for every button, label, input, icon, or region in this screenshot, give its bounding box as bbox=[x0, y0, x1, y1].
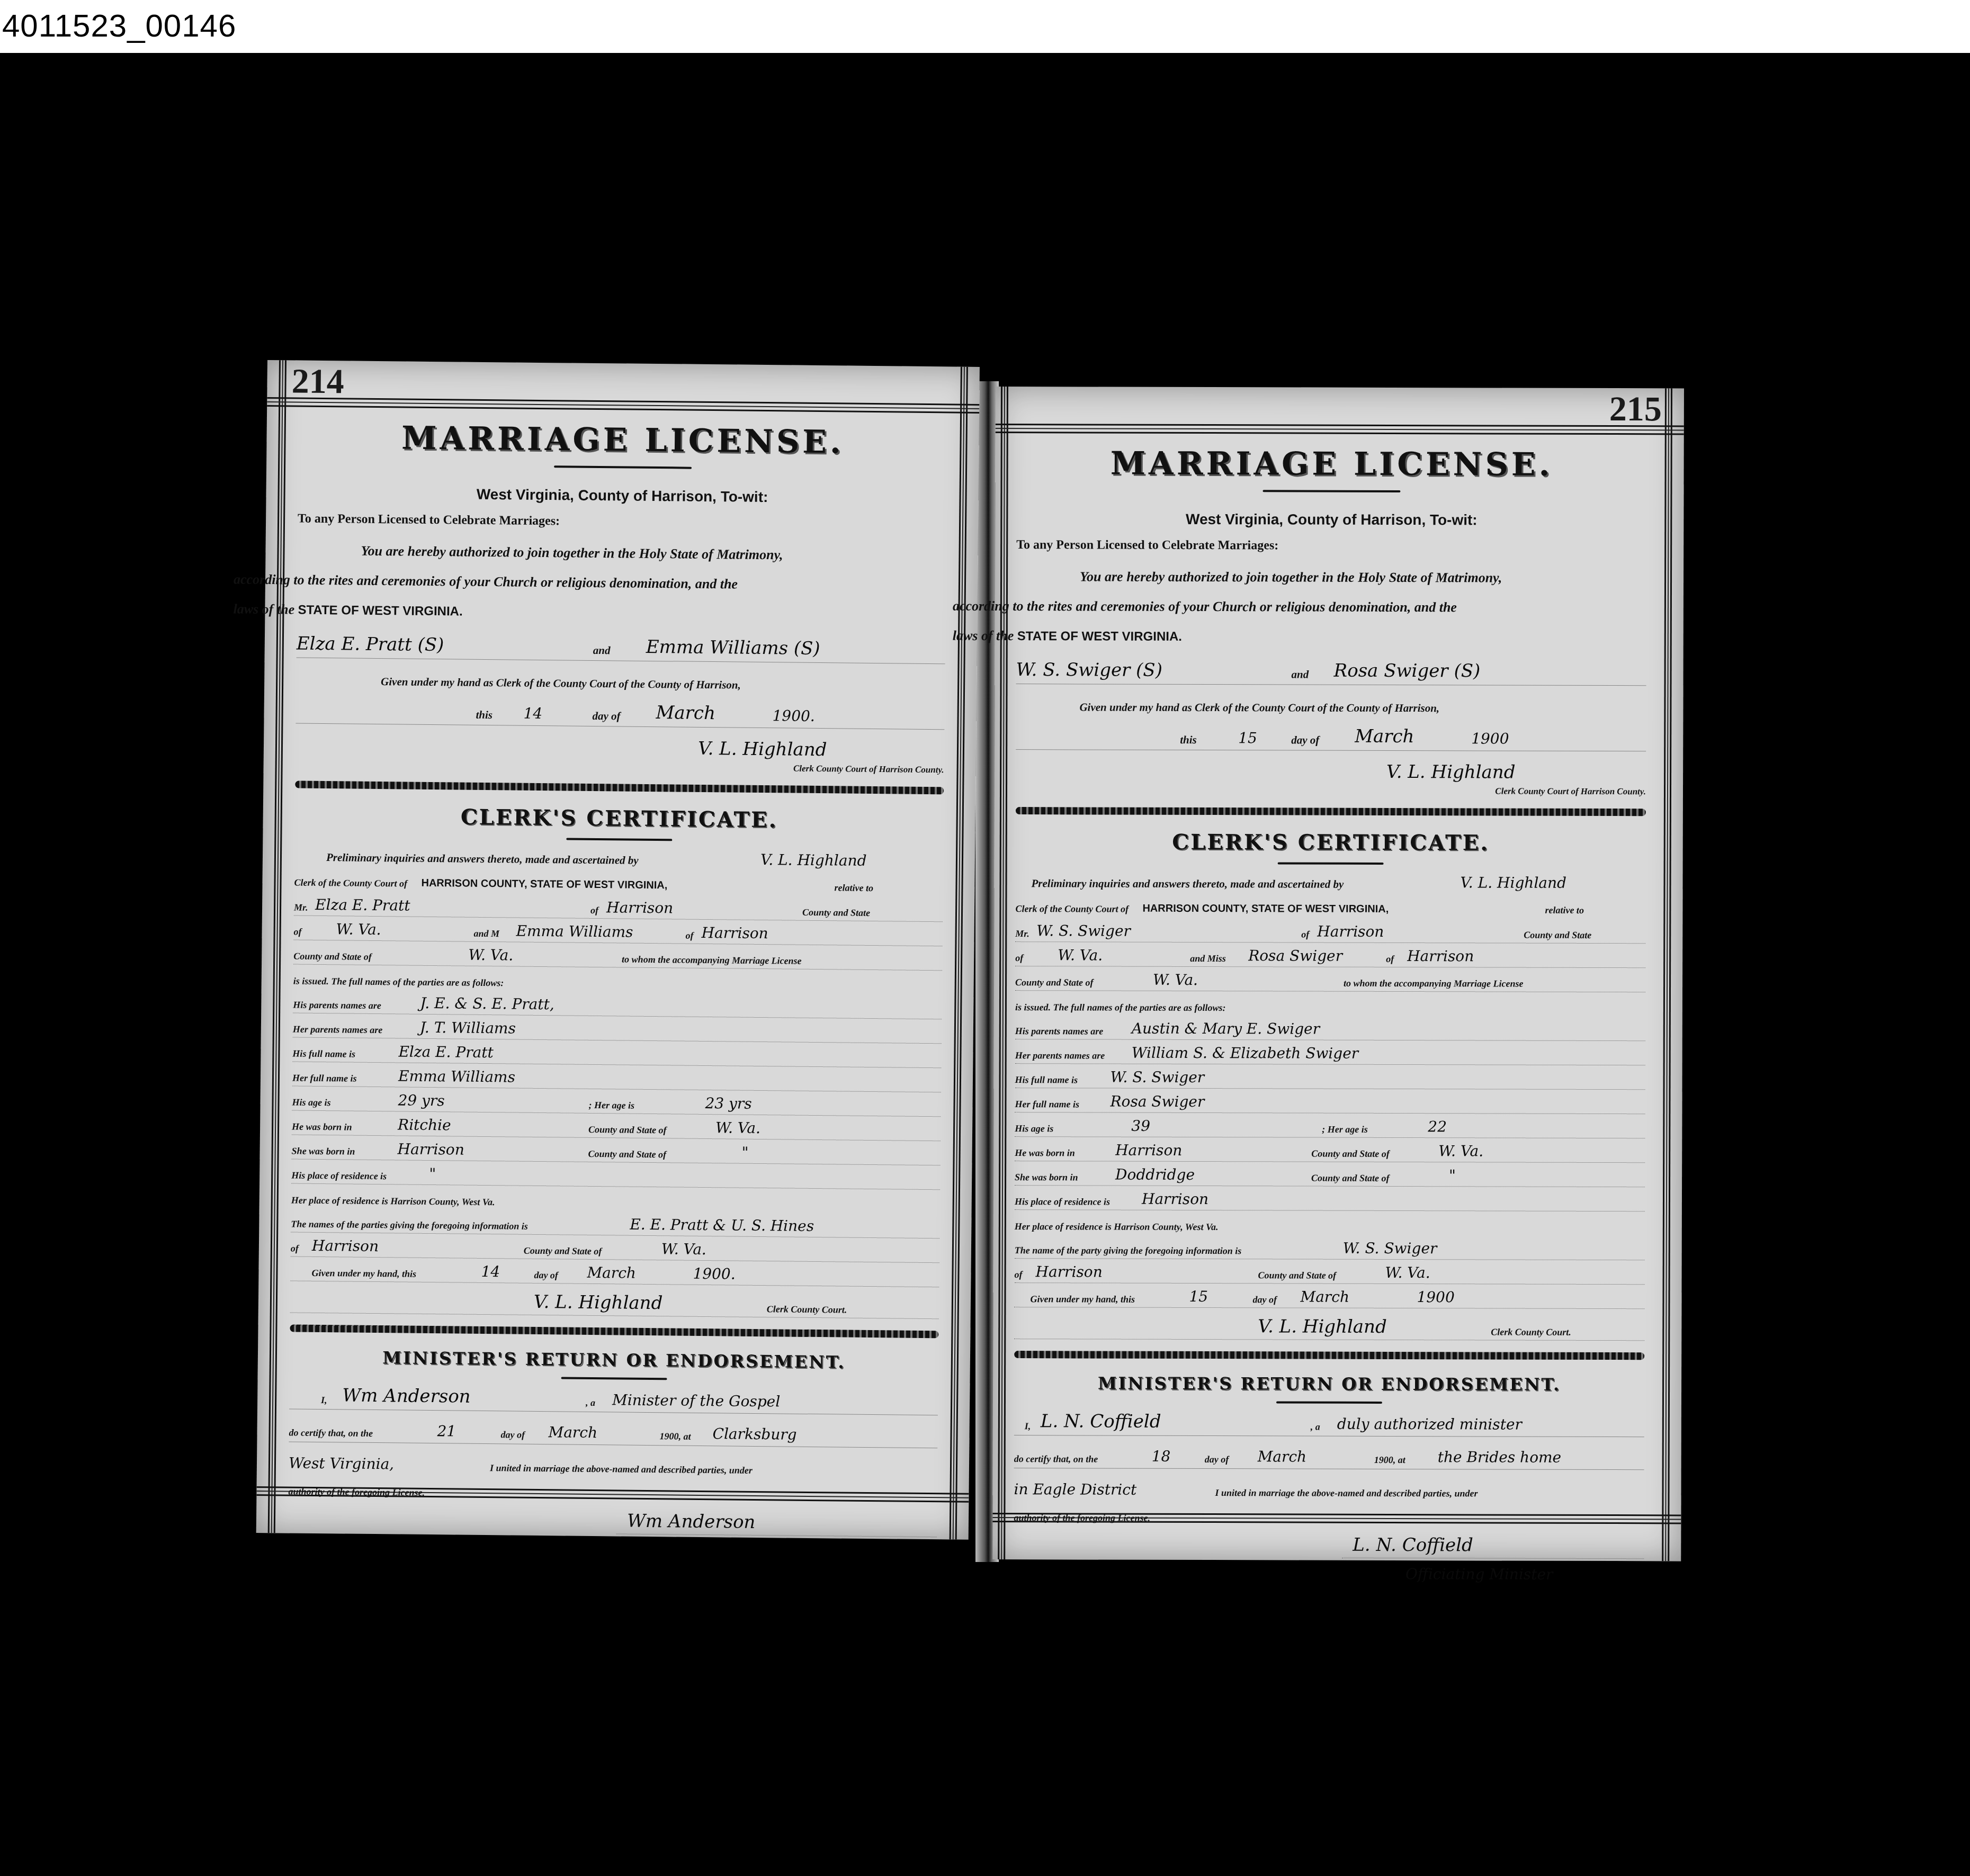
page-number: 214 bbox=[291, 361, 344, 402]
his-parents: J. E. & S. E. Pratt, bbox=[420, 994, 554, 1013]
marriage-month: March bbox=[548, 1423, 597, 1441]
license-date-line: this 15 day of March 1900 bbox=[1016, 720, 1646, 751]
cert-groom-county: Harrison bbox=[1317, 923, 1384, 940]
ornament-divider bbox=[1276, 1401, 1382, 1404]
license-year: 1900 bbox=[1471, 730, 1509, 747]
groom-name: Elza E. Pratt (S) bbox=[297, 633, 444, 656]
minister-title: MINISTER'S RETURN OR ENDORSEMENT. bbox=[290, 1347, 938, 1373]
cert-groom-county: Harrison bbox=[606, 899, 673, 917]
groom-name: W. S. Swiger (S) bbox=[1016, 659, 1162, 681]
informant: E. E. Pratt & U. S. Hines bbox=[630, 1216, 814, 1235]
license-month: March bbox=[656, 702, 715, 724]
license-year: 1900. bbox=[772, 707, 814, 725]
she-born: Doddridge bbox=[1115, 1166, 1195, 1183]
minister-signature: L. N. Coffield bbox=[1353, 1534, 1473, 1556]
page-right: 215 MARRIAGE LICENSE. West Virginia, Cou… bbox=[992, 387, 1684, 1561]
jurisdiction: West Virginia, County of Harrison, To-wi… bbox=[1016, 510, 1646, 529]
cert-groom: W. S. Swiger bbox=[1036, 922, 1131, 939]
bride-name: Rosa Swiger (S) bbox=[1334, 660, 1481, 682]
page-left: 214 MARRIAGE LICENSE. West Virginia, Cou… bbox=[256, 360, 980, 1540]
cert-bride: Emma Williams bbox=[516, 922, 633, 941]
ornament-divider bbox=[561, 1377, 667, 1380]
minister-role: duly authorized minister bbox=[1337, 1415, 1522, 1433]
he-born: Harrison bbox=[1115, 1142, 1182, 1159]
his-parents: Austin & Mary E. Swiger bbox=[1132, 1020, 1320, 1038]
couple-line: W. S. Swiger (S) and Rosa Swiger (S) bbox=[1016, 654, 1646, 686]
her-full-name: Emma Williams bbox=[398, 1067, 515, 1085]
marriage-month: March bbox=[1258, 1448, 1307, 1465]
minister-title: MINISTER'S RETURN OR ENDORSEMENT. bbox=[1014, 1373, 1644, 1395]
her-parents: J. T. Williams bbox=[420, 1019, 516, 1037]
ascertained-by: V. L. Highland bbox=[1461, 874, 1567, 892]
page-border-right bbox=[1662, 388, 1672, 1561]
ascertained-by: V. L. Highland bbox=[760, 851, 867, 869]
his-age: 39 bbox=[1131, 1117, 1150, 1135]
ornament-divider bbox=[1262, 490, 1400, 492]
given-under-hand: Given under my hand as Clerk of the Coun… bbox=[296, 661, 945, 697]
page-border-right bbox=[950, 367, 968, 1540]
informant: W. S. Swiger bbox=[1343, 1240, 1437, 1257]
license-section: MARRIAGE LICENSE. West Virginia, County … bbox=[1014, 445, 1647, 1585]
his-residence: Harrison bbox=[1142, 1190, 1208, 1208]
image-header: 4011523_00146 bbox=[0, 0, 1970, 54]
his-full-name: W. S. Swiger bbox=[1111, 1069, 1205, 1086]
license-body: You are hereby authorized to join togeth… bbox=[1016, 562, 1646, 653]
chain-divider bbox=[1014, 1351, 1644, 1360]
license-section: MARRIAGE LICENSE. West Virginia, County … bbox=[288, 419, 947, 1538]
cert-bride: Rosa Swiger bbox=[1248, 947, 1342, 964]
certificate-title: CLERK'S CERTIFICATE. bbox=[295, 803, 944, 834]
his-full-name: Elza E. Pratt bbox=[398, 1043, 494, 1061]
marriage-day: 18 bbox=[1152, 1448, 1171, 1465]
license-day: 15 bbox=[1238, 729, 1257, 747]
license-date-line: this 14 day of March 1900. bbox=[295, 694, 944, 730]
cert-signature: V. L. Highland bbox=[534, 1291, 663, 1314]
bride-name: Emma Williams (S) bbox=[646, 636, 820, 659]
ornament-divider bbox=[1278, 862, 1384, 865]
page-border-left bbox=[268, 360, 286, 1533]
her-full-name: Rosa Swiger bbox=[1110, 1093, 1204, 1110]
her-age: 22 bbox=[1428, 1118, 1447, 1135]
page-number: 215 bbox=[1609, 389, 1662, 429]
jurisdiction: West Virginia, County of Harrison, To-wi… bbox=[298, 484, 946, 508]
given-under-hand: Given under my hand as Clerk of the Coun… bbox=[1016, 687, 1646, 719]
minister-name: Wm Anderson bbox=[342, 1385, 471, 1407]
page-border-top bbox=[267, 397, 979, 414]
minister-name: L. N. Coffield bbox=[1041, 1411, 1161, 1432]
license-title: MARRIAGE LICENSE. bbox=[298, 419, 947, 462]
clerk-signature: V. L. Highland bbox=[1386, 761, 1516, 783]
ornament-divider bbox=[554, 465, 692, 469]
cert-groom: Elza E. Pratt bbox=[315, 896, 410, 914]
minister-signature: Wm Anderson bbox=[627, 1511, 756, 1533]
minister-title-signature: Officiating Minister bbox=[1405, 1565, 1553, 1583]
her-age: 23 yrs bbox=[705, 1094, 751, 1112]
chain-divider bbox=[295, 781, 944, 795]
addressee: To any Person Licensed to Celebrate Marr… bbox=[1016, 538, 1646, 554]
chain-divider bbox=[1016, 807, 1646, 816]
clerk-caption: Clerk County Court of Harrison County. bbox=[1016, 785, 1646, 797]
cert-signature: V. L. Highland bbox=[1258, 1316, 1387, 1338]
license-month: March bbox=[1355, 726, 1414, 747]
marriage-place: Clarksburg bbox=[712, 1425, 796, 1443]
clerk-signature: V. L. Highland bbox=[698, 738, 827, 760]
page-border-top bbox=[996, 424, 1684, 435]
license-title: MARRIAGE LICENSE. bbox=[1017, 445, 1647, 483]
he-born: Ritchie bbox=[398, 1116, 451, 1134]
minister-role: Minister of the Gospel bbox=[612, 1391, 780, 1410]
couple-line: Elza E. Pratt (S) and Emma Williams (S) bbox=[297, 629, 945, 665]
license-day: 14 bbox=[523, 705, 542, 722]
she-born: Harrison bbox=[398, 1140, 464, 1158]
ornament-divider bbox=[566, 838, 672, 841]
addressee: To any Person Licensed to Celebrate Marr… bbox=[298, 512, 946, 533]
image-id: 4011523_00146 bbox=[2, 7, 236, 44]
marriage-place: the Brides home bbox=[1438, 1448, 1562, 1466]
license-body: You are hereby authorized to join togeth… bbox=[297, 536, 946, 632]
chain-divider bbox=[290, 1324, 938, 1338]
marriage-day: 21 bbox=[437, 1422, 456, 1440]
certificate-title: CLERK'S CERTIFICATE. bbox=[1016, 829, 1646, 856]
her-parents: William S. & Elizabeth Swiger bbox=[1132, 1044, 1359, 1062]
his-age: 29 yrs bbox=[398, 1091, 444, 1109]
page-border-left bbox=[998, 387, 1008, 1559]
